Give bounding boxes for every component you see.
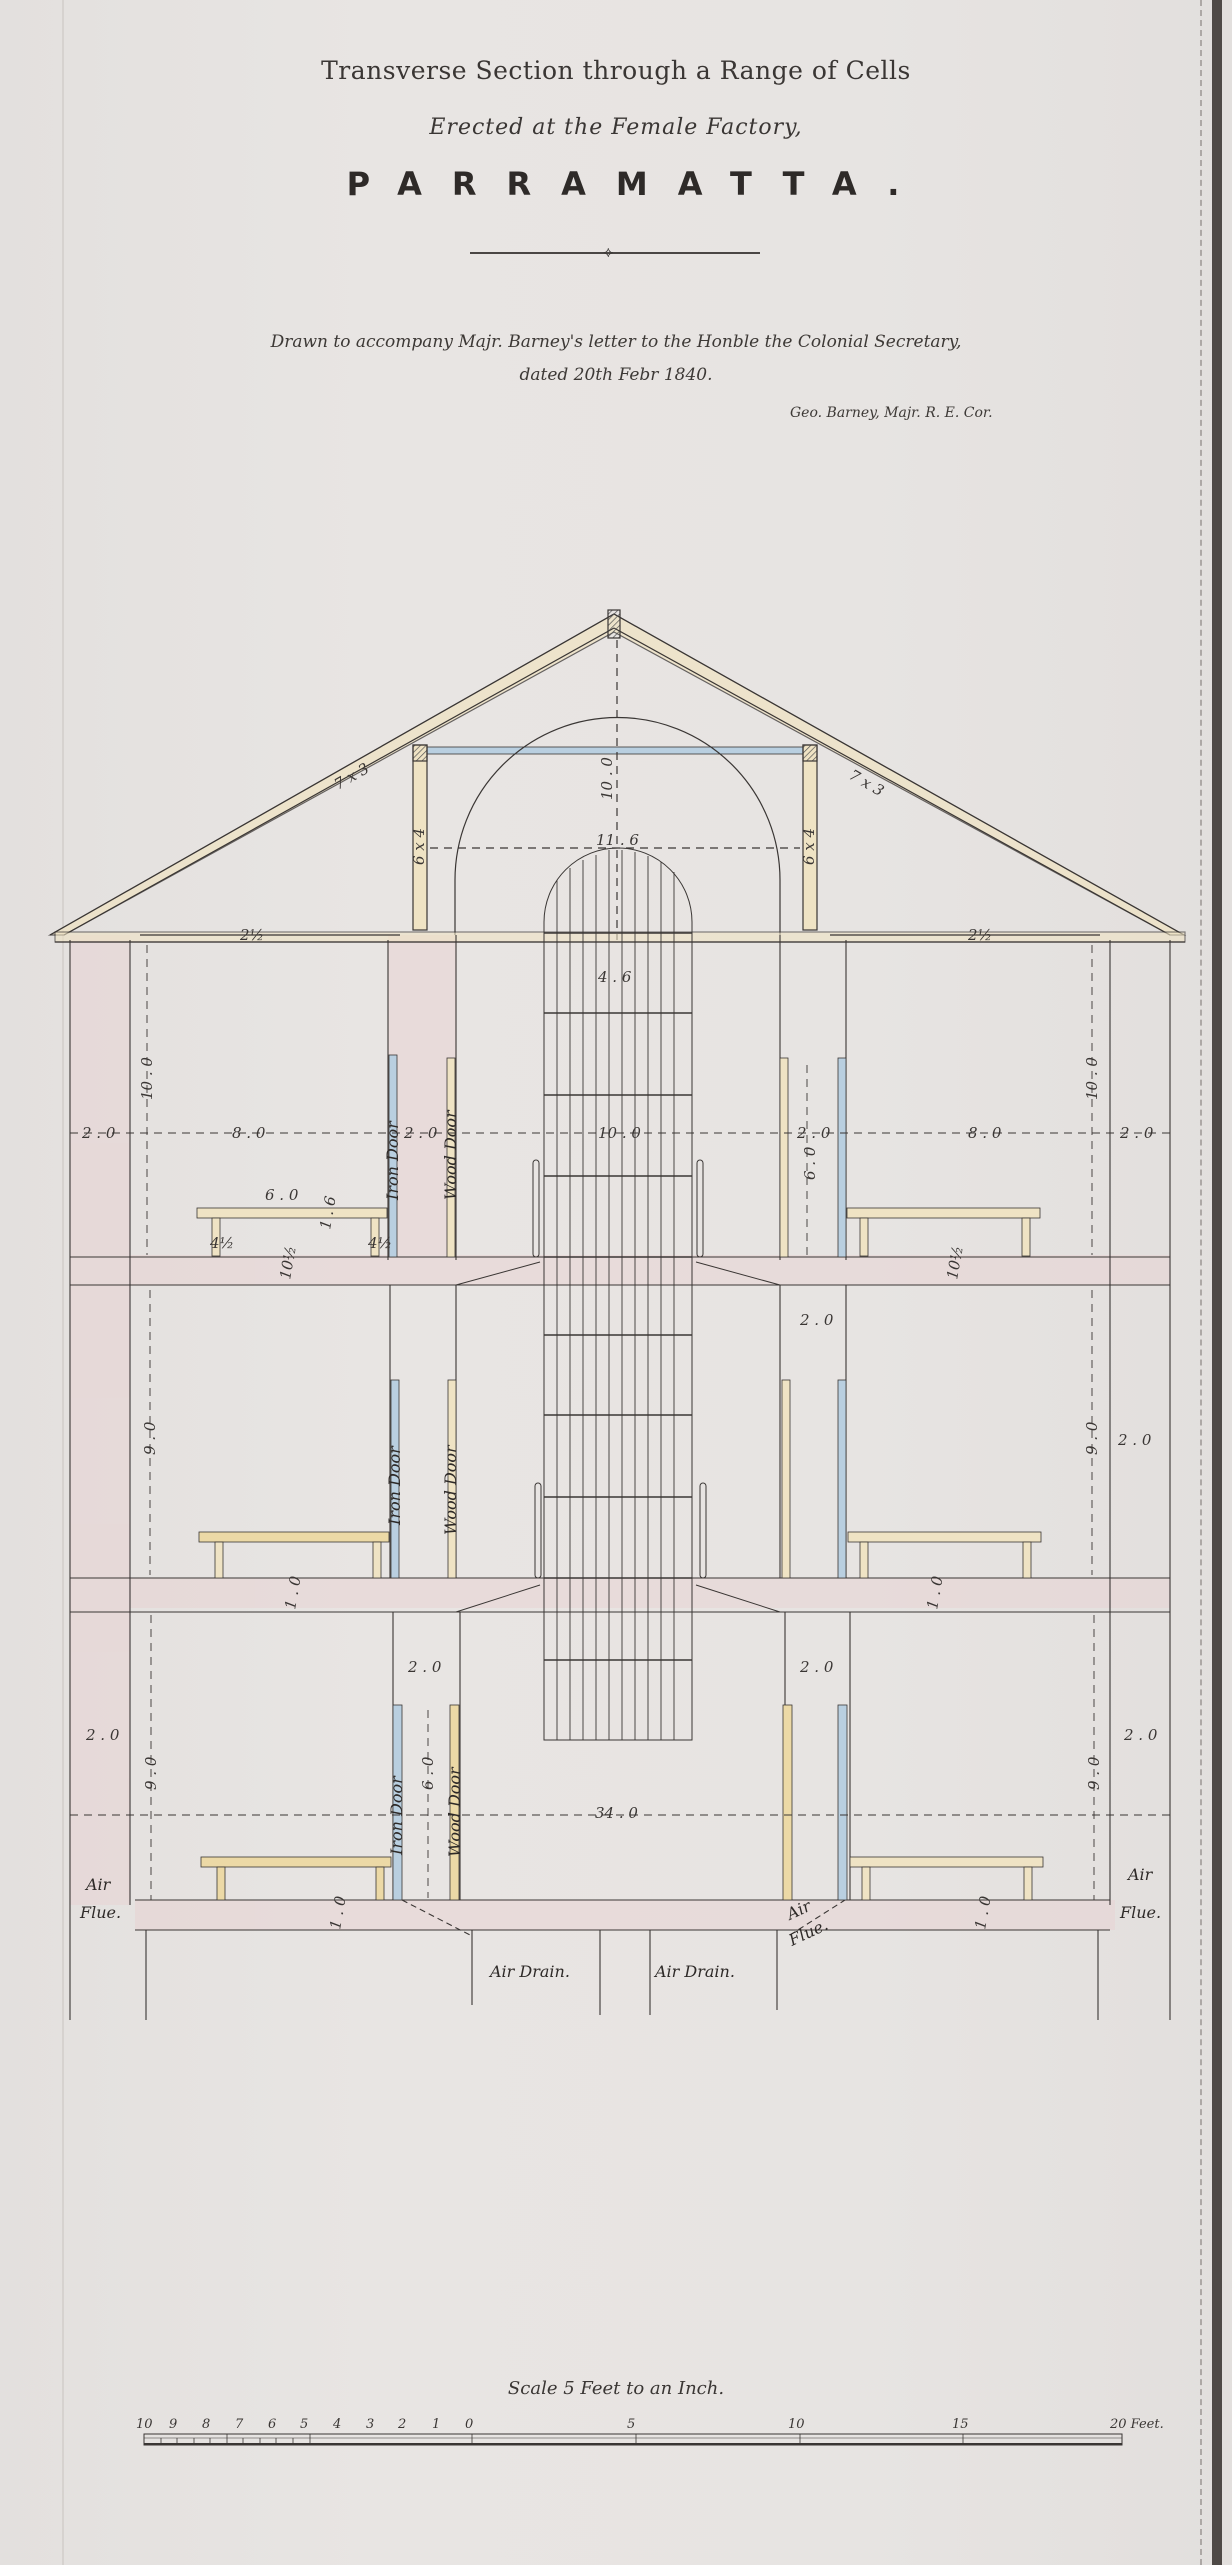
ground-height-right-dim: 9 . 0	[1085, 1756, 1103, 1790]
flue-label-right: Flue.	[1119, 1903, 1161, 1922]
upper-passage-left-dim: 2 . 0	[403, 1124, 438, 1142]
upper-wall-left-dim: 2 . 0	[81, 1124, 116, 1142]
air-drain-label-right: Air Drain.	[653, 1962, 735, 1981]
ground-wall-right-dim: 2 . 0	[1123, 1726, 1158, 1744]
air-drain-label-left: Air Drain.	[488, 1962, 570, 1981]
wall-plate-left: 2½	[239, 926, 264, 944]
iron-door-label-upper: Iron Door	[383, 1120, 402, 1201]
ground-passage-right-dim: 2 . 0	[799, 1658, 834, 1676]
scale-tick-3: 3	[366, 2417, 374, 2432]
scale-tick-1: 1	[432, 2417, 440, 2432]
post-dimension-right: 6 x 4	[800, 828, 818, 865]
scale-bar	[144, 2434, 1122, 2445]
upper-passage-right-dim: 2 . 0	[796, 1124, 831, 1142]
roof-truss	[50, 610, 1185, 942]
upper-center-dim: 10 . 0	[598, 1124, 641, 1142]
air-label-right: Air	[1126, 1865, 1154, 1884]
bed-length-dim: 6 . 0	[265, 1186, 299, 1204]
wall-plate-right: 2½	[967, 926, 992, 944]
bed-leg-dim-left: 4½	[209, 1234, 234, 1252]
bed-height-dim: 1 . 6	[316, 1194, 340, 1230]
iron-door-label-middle: Iron Door	[385, 1445, 404, 1526]
scale-tick-10: 10	[136, 2417, 153, 2432]
upper-door-height-dim: 6 . 0	[801, 1146, 819, 1180]
bed-leg-dim-right: 4½	[367, 1234, 392, 1252]
scale-title: Scale 5 Feet to an Inch.	[0, 2378, 1232, 2399]
scale-tick-labels: 10 9 8 7 6 5 4 3 2 1 0 5 10 15 20 Feet.	[136, 2417, 1164, 2432]
iron-door-label-ground: Iron Door	[387, 1775, 406, 1856]
air-label-left: Air	[84, 1875, 112, 1894]
middle-passage-right-dim: 2 . 0	[799, 1311, 834, 1329]
flue-label-left: Flue.	[79, 1903, 121, 1922]
cell-beds	[197, 1208, 1043, 1900]
scale-tick-8: 8	[202, 2417, 210, 2432]
scale-tick-6: 6	[268, 2417, 276, 2432]
upper-wall-right-dim: 2 . 0	[1119, 1124, 1154, 1142]
ground-height-left-dim: 9 . 0	[142, 1756, 160, 1790]
scale-tick-7: 7	[235, 2417, 244, 2432]
scale-tick-9: 9	[169, 2417, 177, 2432]
middle-height-left-dim: 9 . 0	[141, 1421, 159, 1455]
ground-wall-left-dim: 2 . 0	[85, 1726, 120, 1744]
scale-tick-r10: 10	[788, 2417, 805, 2432]
ground-door-height-dim: 6 . 0	[419, 1756, 437, 1790]
scale-tick-0: 0	[465, 2417, 473, 2432]
upper-height-left-dim: 10 . 0	[138, 1057, 156, 1100]
masonry-wash	[70, 935, 1170, 1930]
scale-tick-2: 2	[397, 2417, 406, 2432]
post-dimension-left: 6 x 4	[410, 828, 428, 865]
arch-span-dimension: 11 . 6	[596, 831, 639, 849]
section-drawing: 7 x 3 7 x 3 10 . 0 11 . 6 6 x 4 6 x 4 2½…	[0, 0, 1232, 2565]
upper-height-right-dim: 10 . 0	[1083, 1057, 1101, 1100]
wood-door-label-upper: Wood Door	[441, 1109, 460, 1200]
scale-tick-4: 4	[332, 2417, 341, 2432]
wood-door-label-ground: Wood Door	[445, 1766, 464, 1857]
dimension-lines	[70, 945, 1170, 1900]
scale-end-label: 20 Feet.	[1109, 2417, 1164, 2432]
scale-tick-5: 5	[300, 2417, 308, 2432]
stair-width-dimension: 4 . 6	[597, 968, 632, 986]
upper-cell-left-dim: 8 . 0	[232, 1124, 266, 1142]
upper-cell-right-dim: 8 . 0	[968, 1124, 1002, 1142]
ground-passage-left-dim: 2 . 0	[407, 1658, 442, 1676]
scale-tick-r15: 15	[952, 2417, 969, 2432]
wood-door-label-middle: Wood Door	[441, 1444, 460, 1535]
middle-wall-right-dim: 2 . 0	[1117, 1431, 1152, 1449]
collar-height-dimension: 10 . 0	[598, 757, 616, 800]
overall-width-dim: 34 . 0	[595, 1804, 638, 1822]
scale-tick-r5: 5	[627, 2417, 635, 2432]
middle-height-right-dim: 9 . 0	[1083, 1421, 1101, 1455]
